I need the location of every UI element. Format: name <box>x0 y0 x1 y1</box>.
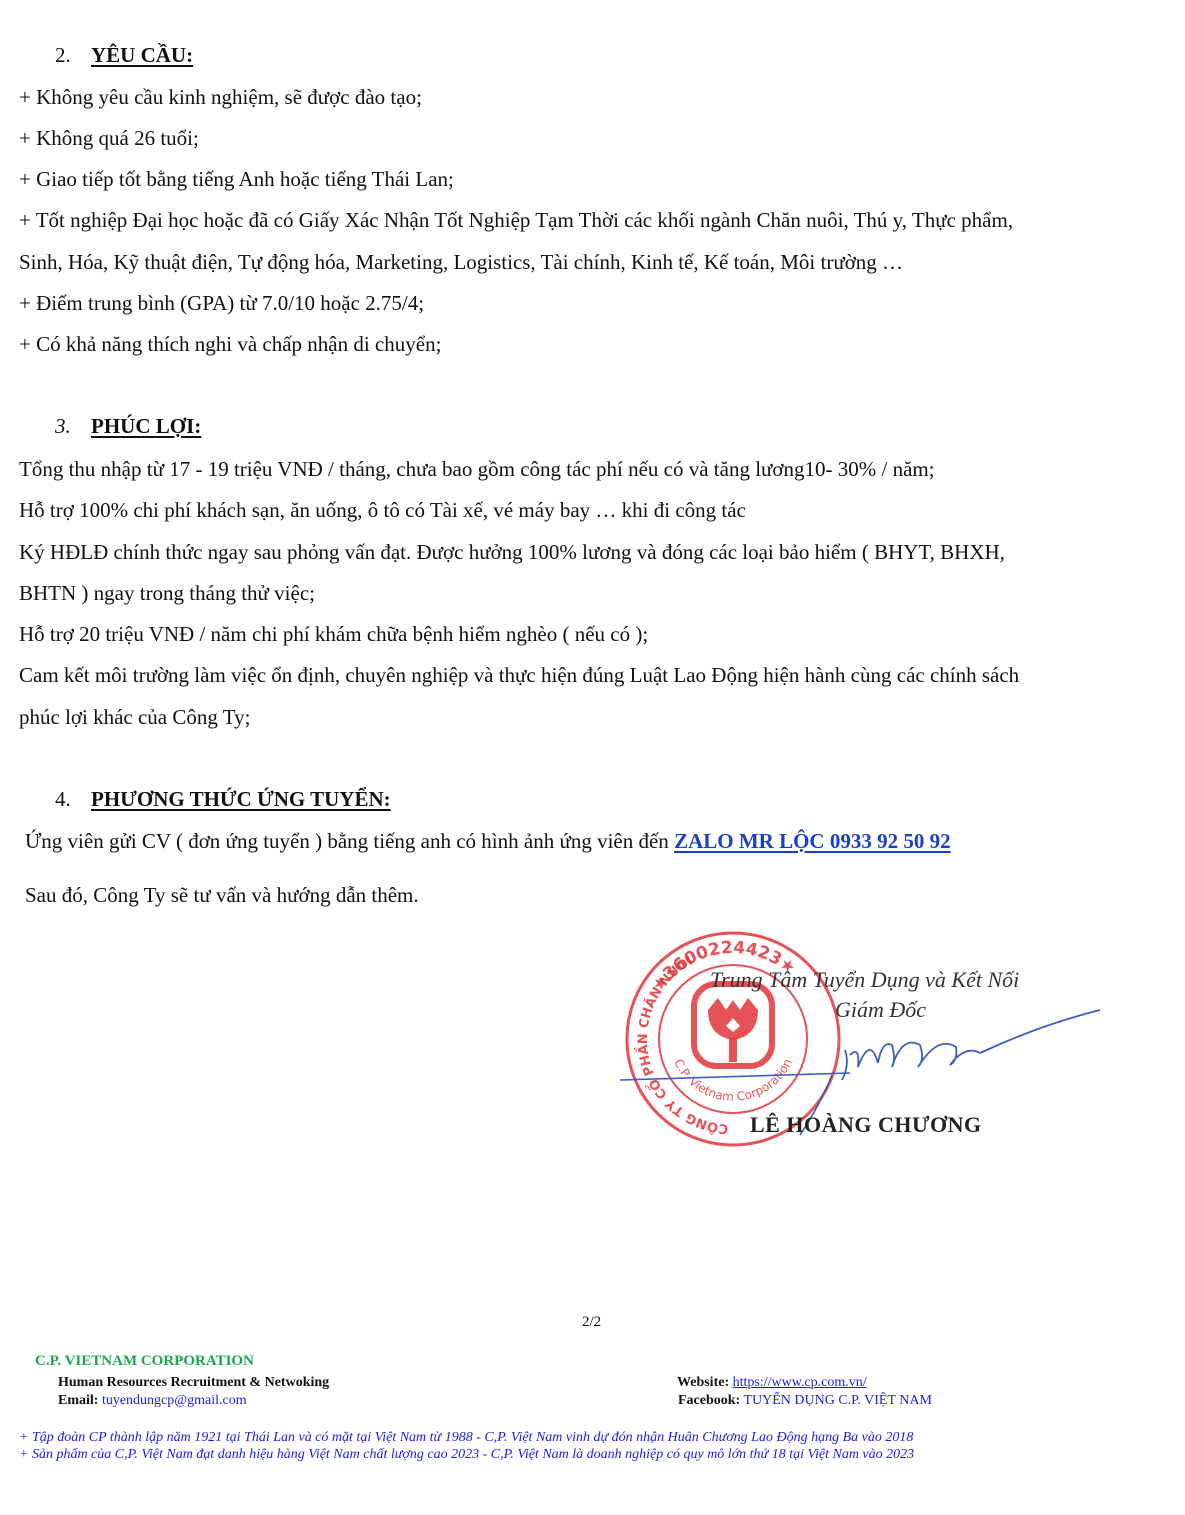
section-title: YÊU CẦU: <box>91 43 193 67</box>
apply-text: Ứng viên gửi CV ( đơn ứng tuyển ) bằng t… <box>25 829 674 853</box>
website-label: Website: <box>677 1375 729 1390</box>
section-number: 4. <box>55 787 91 811</box>
section-number: 2. <box>55 43 91 67</box>
email-label: Email: <box>58 1393 98 1408</box>
company-name: C.P. VIETNAM CORPORATION <box>35 1353 254 1370</box>
signatory-name: LÊ HOÀNG CHƯƠNG <box>750 1112 982 1138</box>
followup-text: Sau đó, Công Ty sẽ tư vấn và hướng dẫn t… <box>25 883 419 907</box>
benefit-line: Tổng thu nhập từ 17 - 19 triệu VNĐ / thá… <box>19 457 935 481</box>
requirement-line: + Có khả năng thích nghi và chấp nhận di… <box>19 332 441 356</box>
benefit-line: BHTN ) ngay trong tháng thử việc; <box>19 581 315 605</box>
apply-instruction: Ứng viên gửi CV ( đơn ứng tuyển ) bằng t… <box>25 829 951 853</box>
benefit-line: Ký HĐLĐ chính thức ngay sau phỏng vấn đạ… <box>19 540 1005 564</box>
requirement-line: + Điểm trung bình (GPA) từ 7.0/10 hoặc 2… <box>19 291 424 315</box>
footer-note: + Tập đoàn CP thành lập năm 1921 tại Thá… <box>19 1429 913 1446</box>
department-text: Human Resources Recruitment & Netwoking <box>58 1375 329 1390</box>
website-link[interactable]: https://www.cp.com.vn/ <box>733 1375 867 1390</box>
footer-note: + Sản phẩm của C,P. Việt Nam đạt danh hi… <box>19 1446 914 1463</box>
department-name: Human Resources Recruitment & Netwoking <box>58 1374 329 1391</box>
page-number: 2/2 <box>582 1314 601 1331</box>
facebook-page[interactable]: TUYỂN DỤNG C.P. VIỆT NAM <box>743 1393 932 1408</box>
website-row: Website: https://www.cp.com.vn/ <box>677 1374 867 1391</box>
section-4-heading: 4.PHƯƠNG THỨC ỨNG TUYỂN: <box>55 787 391 811</box>
requirement-line: + Không quá 26 tuổi; <box>19 126 199 150</box>
section-2-heading: 2.YÊU CẦU: <box>55 43 193 67</box>
zalo-contact-link[interactable]: ZALO MR LỘC 0933 92 50 92 <box>674 829 951 853</box>
signature-organization: Trung Tâm Tuyển Dụng và Kết Nối <box>710 967 1019 993</box>
section-title: PHƯƠNG THỨC ỨNG TUYỂN: <box>91 787 391 811</box>
benefit-line: Cam kết môi trường làm việc ổn định, chu… <box>19 663 1019 687</box>
benefit-line: Hỗ trợ 20 triệu VNĐ / năm chi phí khám c… <box>19 622 648 646</box>
requirement-line: + Tốt nghiệp Đại học hoặc đã có Giấy Xác… <box>19 208 1013 232</box>
section-3-heading: 3.PHÚC LỢI: <box>55 414 201 438</box>
email-link[interactable]: tuyendungcp@gmail.com <box>102 1393 247 1408</box>
requirement-line: Sinh, Hóa, Kỹ thuật điện, Tự động hóa, M… <box>19 250 903 274</box>
benefit-line: Hỗ trợ 100% chi phí khách sạn, ăn uống, … <box>19 498 746 522</box>
requirement-line: + Không yêu cầu kinh nghiệm, sẽ được đào… <box>19 85 422 109</box>
section-title: PHÚC LỢI: <box>91 414 201 438</box>
benefit-line: phúc lợi khác của Công Ty; <box>19 705 250 729</box>
facebook-row: Facebook: TUYỂN DỤNG C.P. VIỆT NAM <box>678 1392 932 1409</box>
section-number: 3. <box>55 414 91 438</box>
facebook-label: Facebook: <box>678 1393 740 1408</box>
requirement-line: + Giao tiếp tốt bằng tiếng Anh hoặc tiến… <box>19 167 454 191</box>
email-row: Email: tuyendungcp@gmail.com <box>58 1392 247 1409</box>
